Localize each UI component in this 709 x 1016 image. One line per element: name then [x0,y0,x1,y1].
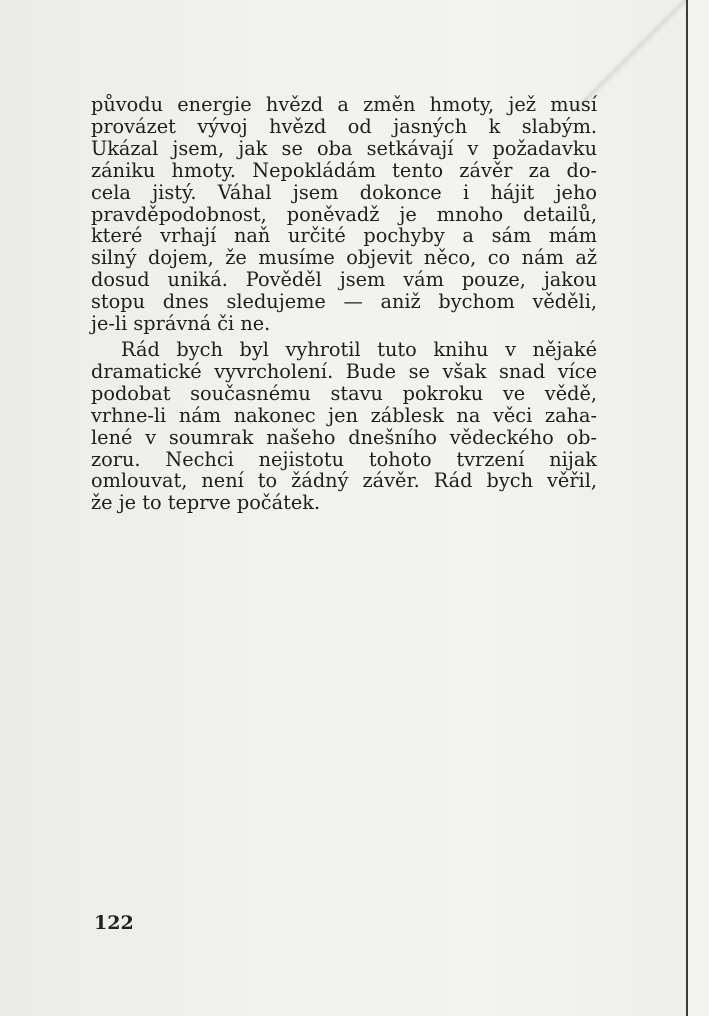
text-line: dosud uniká. Pověděl jsem vám pouze, jak… [91,269,597,291]
paragraph-2: Rád bych byl vyhrotil tuto knihu v nějak… [91,339,597,514]
text-line: silný dojem, že musíme objevit něco, co … [91,247,597,269]
text-line: původu energie hvězd a změn hmoty, jež m… [91,94,597,116]
text-line: provázet vývoj hvězd od jasných k slabým… [91,116,597,138]
text-line: že je to teprve počátek. [91,492,597,514]
paragraph-1: původu energie hvězd a změn hmoty, jež m… [91,94,597,335]
text-line: Rád bych byl vyhrotil tuto knihu v nějak… [91,339,597,361]
text-line: které vrhají naň určité pochyby a sám má… [91,225,597,247]
text-line: Ukázal jsem, jak se oba setkávají v poža… [91,138,597,160]
adjacent-page-strip [688,0,709,1016]
text-line: pravděpodobnost, poněvadž je mnoho detai… [91,204,597,226]
text-line: zániku hmoty. Nepokládám tento závěr za … [91,160,597,182]
body-text: původu energie hvězd a změn hmoty, jež m… [91,94,597,514]
text-line: je-li správná či ne. [91,313,597,335]
text-line: lené v soumrak našeho dnešního vědeckého… [91,427,597,449]
page-number: 122 [94,912,134,934]
text-line: omlouvat, není to žádný závěr. Rád bych … [91,470,597,492]
text-line: zoru. Nechci nejistotu tohoto tvrzení ni… [91,449,597,471]
text-line: dramatické vyvrcholení. Bude se však sna… [91,361,597,383]
text-line: vrhne-li nám nakonec jen záblesk na věci… [91,405,597,427]
text-line: podobat současnému stavu pokroku ve vědě… [91,383,597,405]
text-line: cela jistý. Váhal jsem dokonce i hájit j… [91,182,597,204]
text-line: stopu dnes sledujeme — aniž bychom věděl… [91,291,597,313]
